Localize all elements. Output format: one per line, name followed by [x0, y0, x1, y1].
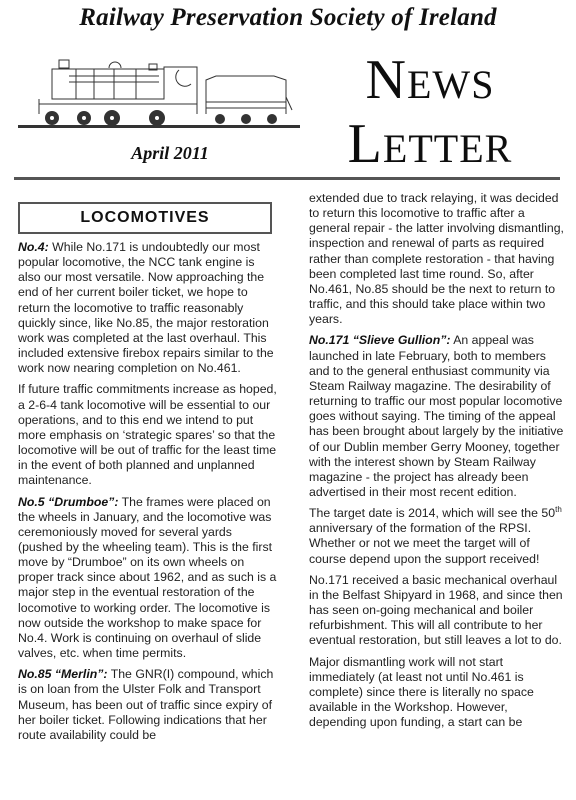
- issue-date: April 2011: [100, 143, 240, 164]
- paragraph-target-date: The target date is 2014, which will see …: [309, 506, 567, 567]
- paragraph-no4-continued: If future traffic commitments increase a…: [18, 382, 278, 488]
- newsletter-masthead: NEWS LETTER: [300, 52, 560, 172]
- section-heading-locomotives: LOCOMOTIVES: [18, 202, 272, 234]
- paragraph-no85-merlin: No.85 “Merlin”: The GNR(I) compound, whi…: [18, 667, 278, 743]
- paragraph-no171-overhaul: No.171 received a basic mechanical over­…: [309, 573, 567, 649]
- header-divider: [14, 177, 560, 180]
- right-column: extended due to track relaying, it was d…: [309, 191, 567, 736]
- left-column: No.4: While No.171 is undoubtedly our mo…: [18, 240, 278, 749]
- paragraph-no85-continued: extended due to track relaying, it was d…: [309, 191, 567, 327]
- locomotive-illustration: [14, 52, 304, 132]
- paragraph-no4: No.4: While No.171 is undoubtedly our mo…: [18, 240, 278, 376]
- paragraph-no5-drumboe: No.5 “Drumboe”: The frames were placed o…: [18, 495, 278, 662]
- masthead-line-letter: LETTER: [300, 116, 560, 172]
- paragraph-no171-slieve-gullion: No.171 “Slieve Gullion”: An appeal was l…: [309, 333, 567, 500]
- society-title: Railway Preservation Society of Ireland: [0, 4, 576, 32]
- paragraph-dismantling: Major dismantling work will not start im…: [309, 655, 567, 731]
- masthead-line-news: NEWS: [300, 52, 560, 108]
